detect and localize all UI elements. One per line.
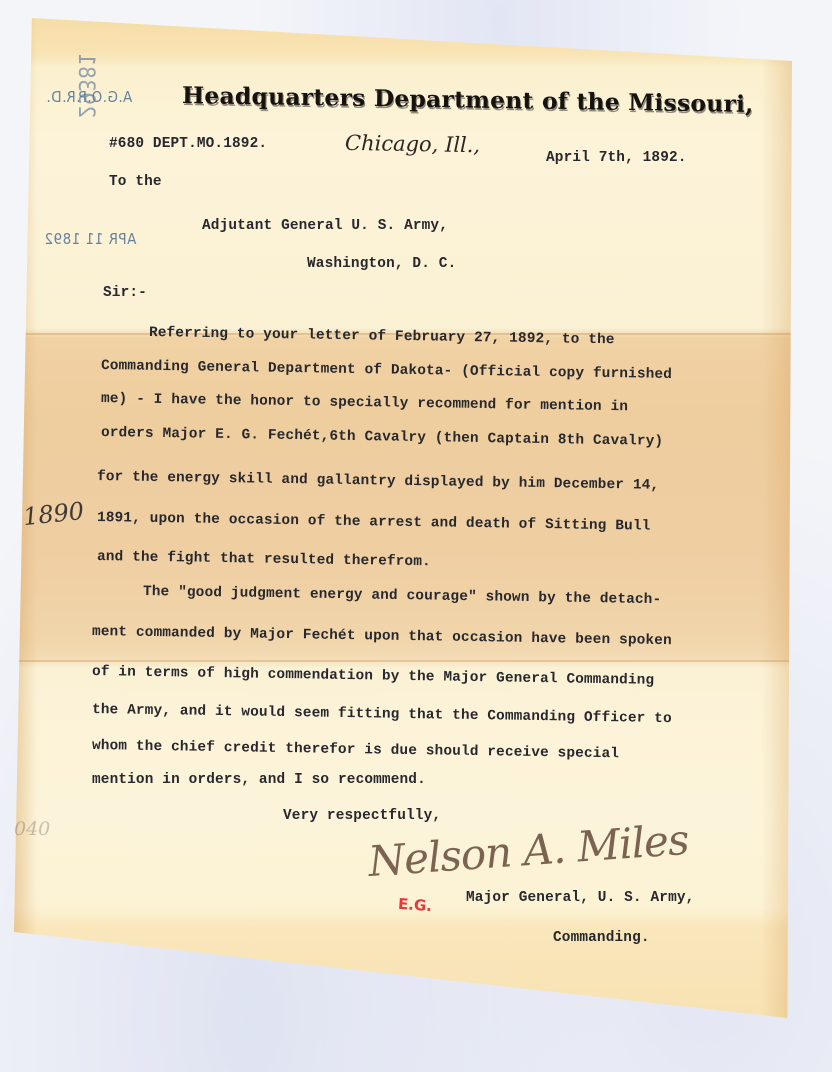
- signer-title: Major General, U. S. Army,: [466, 890, 694, 906]
- file-number-stamp: 29381: [73, 53, 98, 118]
- address-to: To the: [109, 174, 162, 190]
- fold-line-lower: [14, 660, 792, 662]
- signer-role: Commanding.: [553, 930, 650, 946]
- closing: Very respectfully,: [283, 808, 441, 824]
- address-line-1: Adjutant General U. S. Army,: [202, 218, 448, 234]
- place-line: Chicago, Ill.,: [345, 131, 481, 157]
- reference-number: #680 DEPT.MO.1892.: [109, 136, 267, 152]
- faint-margin-mark: 040: [14, 818, 50, 840]
- received-date-stamp: APR 11 1892: [44, 230, 136, 248]
- body-line: mention in orders, and I so recommend.: [92, 772, 426, 788]
- letter-date: April 7th, 1892.: [546, 150, 687, 166]
- red-initials-mark: E.G.: [397, 895, 432, 915]
- address-line-2: Washington, D. C.: [307, 256, 456, 272]
- salutation: Sir:-: [103, 285, 147, 301]
